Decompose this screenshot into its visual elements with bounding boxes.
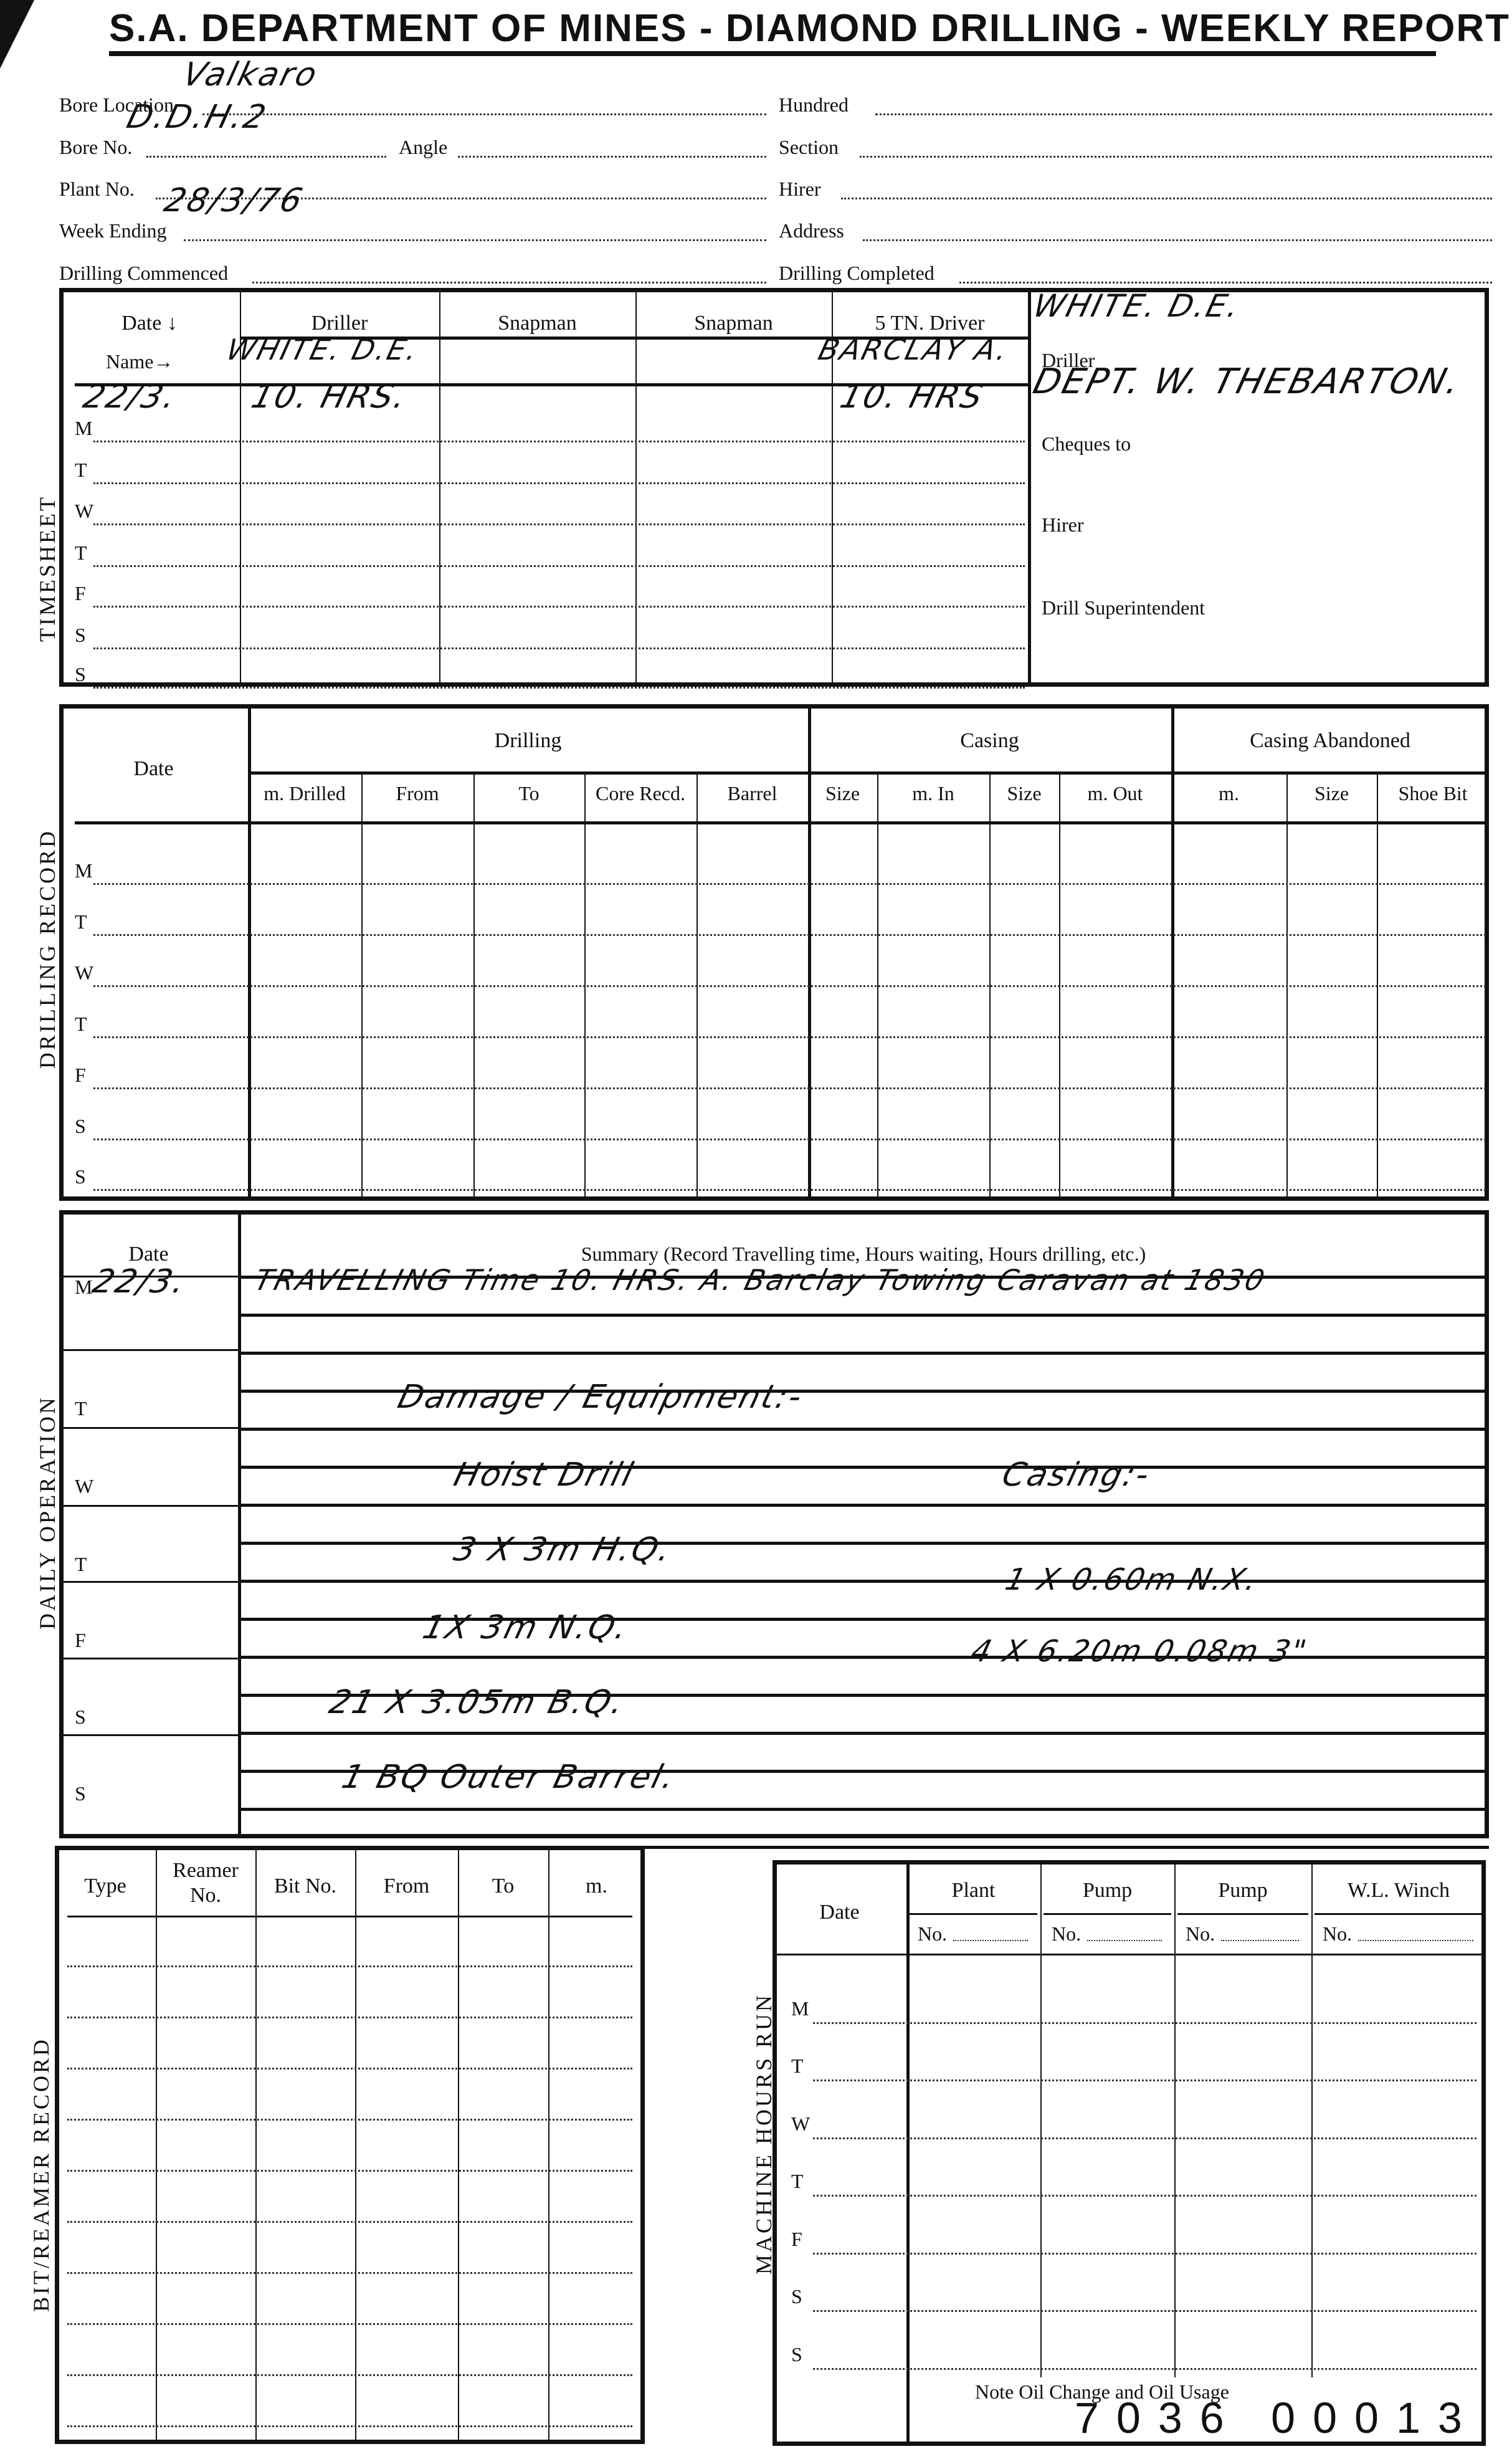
machine-hours-group-rule [1315, 1913, 1483, 1915]
timesheet-day-label: S [75, 663, 86, 686]
bit-reamer-col-header: Type [55, 1874, 156, 1899]
bit-reamer-col-header: ReamerNo. [156, 1858, 255, 1908]
drilling-group-header: Casing [808, 729, 1171, 753]
machine-hours-no-label: No. [1323, 1922, 1352, 1946]
drilling-day-label: F [75, 1064, 86, 1087]
daily-op-day-label: W [75, 1475, 93, 1498]
machine-hours-column-divider [1311, 1860, 1313, 2377]
info-label: Drilling Commenced [59, 262, 228, 285]
info-label: Drilling Completed [779, 262, 934, 285]
machine-hours-day-label: S [791, 2343, 802, 2366]
summary-ruled-line [240, 1352, 1489, 1355]
bit-reamer-row[interactable] [67, 2425, 632, 2427]
drilling-col-header: m. [1171, 782, 1286, 805]
page-title: S.A. DEPARTMENT OF MINES - DIAMOND DRILL… [109, 6, 1510, 50]
bit-reamer-column-divider [548, 1846, 549, 2444]
bit-reamer-column-divider [355, 1846, 356, 2444]
machine-hours-column-divider [1174, 1860, 1176, 2377]
bit-reamer-side-label: BIT/REAMER RECORD [28, 2037, 54, 2312]
machine-hours-day-label: F [791, 2228, 802, 2251]
machine-hours-no-label: No. [1186, 1922, 1215, 1946]
info-field-week-ending[interactable] [184, 239, 766, 241]
summary-ruled-line [240, 1466, 1489, 1469]
machine-hours-col-header: Pump [1174, 1879, 1311, 1903]
daily-op-entry: 1X 3m N.Q. [419, 1609, 633, 1646]
info-field-drilling-commenced[interactable] [252, 282, 766, 284]
drilling-col-header: Core Recd. [584, 782, 697, 805]
machine-hours-row[interactable] [813, 2368, 1476, 2370]
drilling-col-header: m. Drilled [248, 782, 361, 805]
drilling-col-header: To [473, 782, 584, 805]
info-label: Section [779, 136, 839, 159]
drilling-col-header: m. In [877, 782, 989, 805]
machine-no-field[interactable] [1087, 1940, 1162, 1941]
angle-label: Angle [399, 136, 447, 159]
angle-field[interactable] [458, 156, 766, 158]
bit-reamer-row[interactable] [67, 2323, 632, 2325]
summary-ruled-line [240, 1846, 1489, 1849]
drill-superintendent-label: Drill Superintendent [1042, 596, 1205, 619]
timesheet-row[interactable] [93, 482, 1025, 484]
info-label: Hirer [779, 178, 821, 201]
right-panel-handwriting: WHITE. D.E. [1030, 288, 1245, 324]
drilling-header-rule [75, 821, 1489, 824]
summary-ruled-line [240, 1580, 1489, 1583]
summary-ruled-line [240, 1542, 1489, 1545]
daily-operation-box [59, 1210, 1489, 1838]
drilling-col-header: Size [808, 782, 877, 805]
bit-reamer-col-header: To [458, 1874, 548, 1899]
summary-ruled-line [240, 1428, 1489, 1431]
bit-reamer-column-divider [255, 1846, 257, 2444]
daily-op-entry: Damage / Equipment:- [394, 1378, 808, 1416]
machine-hours-day-label: W [791, 2113, 810, 2136]
daily-op-entry: 21 X 3.05m B.Q. [326, 1684, 629, 1721]
daily-op-day-divider [59, 1349, 238, 1351]
machine-hours-day-label: T [791, 2170, 804, 2193]
info-label: Plant No. [59, 178, 135, 201]
timesheet-driver-hours: 10. HRS [837, 378, 988, 416]
info-value-handwritten: Valkaro [179, 56, 323, 93]
drilling-row[interactable] [93, 1189, 1486, 1191]
drilling-col-header: From [361, 782, 473, 805]
drilling-row[interactable] [93, 934, 1486, 936]
bit-reamer-column-divider [156, 1846, 157, 2444]
summary-ruled-line [240, 1314, 1489, 1317]
info-field-bore-no-[interactable] [146, 156, 386, 158]
timesheet-row[interactable] [93, 565, 1025, 567]
timesheet-date-value: 22/3. [80, 378, 181, 416]
daily-op-day-label: S [75, 1782, 86, 1805]
info-field-hirer[interactable] [841, 198, 1492, 199]
drilling-col-header: Barrel [697, 782, 808, 805]
machine-hours-row[interactable] [813, 2022, 1476, 2024]
info-value-handwritten: 28/3/76 [161, 182, 308, 219]
timesheet-row[interactable] [93, 441, 1025, 442]
drilling-day-label: W [75, 962, 93, 985]
drilling-day-label: S [75, 1115, 86, 1138]
machine-hours-col-header: Plant [906, 1879, 1040, 1903]
daily-op-entry: Hoist Drill [450, 1456, 639, 1494]
bit-reamer-col-header: From [355, 1874, 458, 1899]
timesheet-day-label: F [75, 582, 86, 605]
drilling-row[interactable] [93, 1139, 1486, 1140]
machine-hours-column-divider [906, 1860, 910, 2446]
timesheet-day-label: S [75, 624, 86, 647]
drilling-day-label: T [75, 910, 87, 933]
machine-hours-column-divider [1040, 1860, 1042, 2377]
daily-op-summary-header: Summary (Record Travelling time, Hours w… [238, 1243, 1489, 1266]
machine-hours-group-rule [1044, 1913, 1171, 1915]
daily-op-entry: Casing:- [999, 1456, 1155, 1494]
info-value-handwritten: D.D.H.2 [123, 98, 272, 136]
daily-operation-side-label: DAILY OPERATION [34, 1395, 60, 1630]
timesheet-column-divider [439, 288, 440, 687]
bit-reamer-column-divider [458, 1846, 459, 2444]
bit-reamer-row[interactable] [67, 2119, 632, 2121]
cheques-to-label: Cheques to [1042, 432, 1131, 456]
machine-hours-date-header: Date [773, 1901, 906, 1924]
bit-reamer-row[interactable] [67, 1965, 632, 1967]
drilling-day-label: S [75, 1165, 86, 1188]
bit-reamer-row[interactable] [67, 2170, 632, 2172]
machine-hours-row[interactable] [813, 2253, 1476, 2255]
machine-hours-day-label: M [791, 1997, 809, 2020]
drilling-date-header: Date [59, 757, 248, 781]
daily-op-day-divider [59, 1734, 238, 1736]
drilling-column-divider [1171, 704, 1174, 1201]
drilling-col-header: m. Out [1059, 782, 1171, 805]
summary-ruled-line [240, 1504, 1489, 1507]
machine-no-field[interactable] [953, 1940, 1028, 1941]
timesheet-driller-hours: 10. HRS. [248, 378, 412, 416]
machine-hours-col-header: W.L. Winch [1311, 1879, 1486, 1903]
machine-hours-row[interactable] [813, 2310, 1476, 2312]
drilling-day-label: M [75, 859, 92, 882]
daily-op-first-date: 22/3. [89, 1263, 191, 1301]
info-label: Week Ending [59, 219, 166, 242]
machine-hours-day-label: T [791, 2055, 804, 2078]
summary-ruled-line [240, 1808, 1489, 1811]
drilling-record-side-label: DRILLING RECORD [34, 829, 60, 1069]
drilling-column-divider [808, 704, 811, 1201]
timesheet-name-label: Name→ [106, 350, 173, 373]
drilling-row[interactable] [93, 883, 1486, 885]
machine-hours-group-rule [910, 1913, 1037, 1915]
timesheet-name-value: BARCLAY A. [815, 333, 1012, 366]
drilling-col-header: Size [1286, 782, 1377, 805]
timesheet-col-header: Snapman [439, 312, 635, 335]
daily-op-day-label: T [75, 1553, 87, 1576]
info-field-address[interactable] [863, 239, 1492, 241]
timesheet-col-header: Snapman [635, 312, 832, 335]
drilling-row[interactable] [93, 1036, 1486, 1038]
machine-hours-row[interactable] [813, 2137, 1476, 2139]
bit-reamer-row[interactable] [67, 2374, 632, 2376]
machine-hours-day-label: S [791, 2285, 802, 2308]
bit-reamer-box [55, 1846, 645, 2444]
drilling-row[interactable] [93, 985, 1486, 987]
daily-op-entry: 1 BQ Outer Barrel. [338, 1759, 680, 1796]
daily-op-day-label: S [75, 1706, 86, 1729]
timesheet-side-label: TIMESHEET [34, 495, 60, 642]
info-field-drilling-completed[interactable] [959, 282, 1492, 284]
daily-op-day-divider [59, 1427, 238, 1429]
daily-op-entry: 4 X 6.20m 0.08m 3" [968, 1634, 1311, 1669]
timesheet-column-divider [635, 288, 637, 687]
machine-hours-group-rule [1177, 1913, 1308, 1915]
machine-hours-header-rule [776, 1954, 1483, 1955]
drilling-group-header: Casing Abandoned [1171, 729, 1489, 753]
right-panel-driller-value: DEPT. W. THEBARTON. [1029, 361, 1465, 402]
info-field-hundred[interactable] [875, 113, 1492, 115]
machine-hours-no-label: No. [918, 1922, 947, 1946]
bit-reamer-header-rule [67, 1916, 632, 1917]
machine-hours-box [773, 1860, 1486, 2446]
drilling-group-rule [248, 771, 1489, 775]
daily-op-day-divider [59, 1581, 238, 1583]
timesheet-name-value: WHITE. D.E. [223, 333, 422, 366]
machine-hours-col-header: Pump [1040, 1879, 1174, 1903]
daily-op-day-label: T [75, 1397, 87, 1420]
machine-no-field[interactable] [1358, 1940, 1473, 1941]
corner-mark [0, 0, 34, 69]
timesheet-row[interactable] [93, 523, 1025, 525]
timesheet-row[interactable] [93, 606, 1025, 608]
machine-no-field[interactable] [1221, 1940, 1299, 1941]
drilling-record-box [59, 704, 1489, 1201]
timesheet-day-label: T [75, 459, 87, 482]
bit-reamer-row[interactable] [67, 2221, 632, 2223]
machine-hours-no-label: No. [1052, 1922, 1081, 1946]
daily-op-day-label: F [75, 1629, 86, 1652]
drilling-col-header: Size [989, 782, 1059, 805]
timesheet-day-label: M [75, 417, 92, 440]
timesheet-col-header: Driller [240, 312, 439, 335]
timesheet-col-header: Date ↓ [59, 312, 240, 335]
timesheet-day-label: T [75, 542, 87, 565]
timesheet-row[interactable] [93, 687, 1025, 689]
oil-usage-note: Note Oil Change and Oil Usage [975, 2380, 1229, 2404]
timesheet-day-label: W [75, 500, 93, 523]
bit-reamer-col-header: Bit No. [255, 1874, 355, 1899]
timesheet-col-header: 5 TN. Driver [832, 312, 1028, 335]
drilling-day-label: T [75, 1013, 87, 1036]
daily-op-day-divider [59, 1505, 238, 1507]
drilling-row[interactable] [93, 1087, 1486, 1089]
summary-ruled-line [240, 1732, 1489, 1735]
bit-reamer-col-header: m. [548, 1874, 645, 1899]
bit-reamer-row[interactable] [67, 2272, 632, 2274]
daily-op-entry: 3 X 3m H.Q. [450, 1531, 677, 1568]
drilling-col-header: Shoe Bit [1377, 782, 1489, 805]
info-label: Bore No. [59, 136, 132, 159]
machine-hours-row[interactable] [813, 2079, 1476, 2081]
hirer-label: Hirer [1042, 513, 1084, 537]
timesheet-row[interactable] [93, 647, 1025, 649]
daily-op-entry: TRAVELLING Time 10. HRS. A. Barclay Towi… [251, 1263, 1270, 1297]
info-field-section[interactable] [860, 156, 1492, 158]
drilling-group-header: Drilling [248, 729, 808, 753]
daily-op-day-divider [59, 1658, 238, 1659]
daily-op-entry: 1 X 0.60m N.X. [1002, 1562, 1262, 1597]
info-label: Hundred [779, 93, 849, 117]
info-label: Address [779, 219, 844, 242]
daily-op-date-divider [238, 1210, 241, 1838]
bit-reamer-row[interactable] [67, 2017, 632, 2018]
bit-reamer-row[interactable] [67, 2068, 632, 2070]
machine-hours-row[interactable] [813, 2195, 1476, 2197]
title-underline [109, 51, 1436, 56]
drilling-column-divider [248, 704, 251, 1201]
info-field-bore-location[interactable] [202, 113, 766, 115]
timesheet-column-divider [1028, 288, 1031, 687]
